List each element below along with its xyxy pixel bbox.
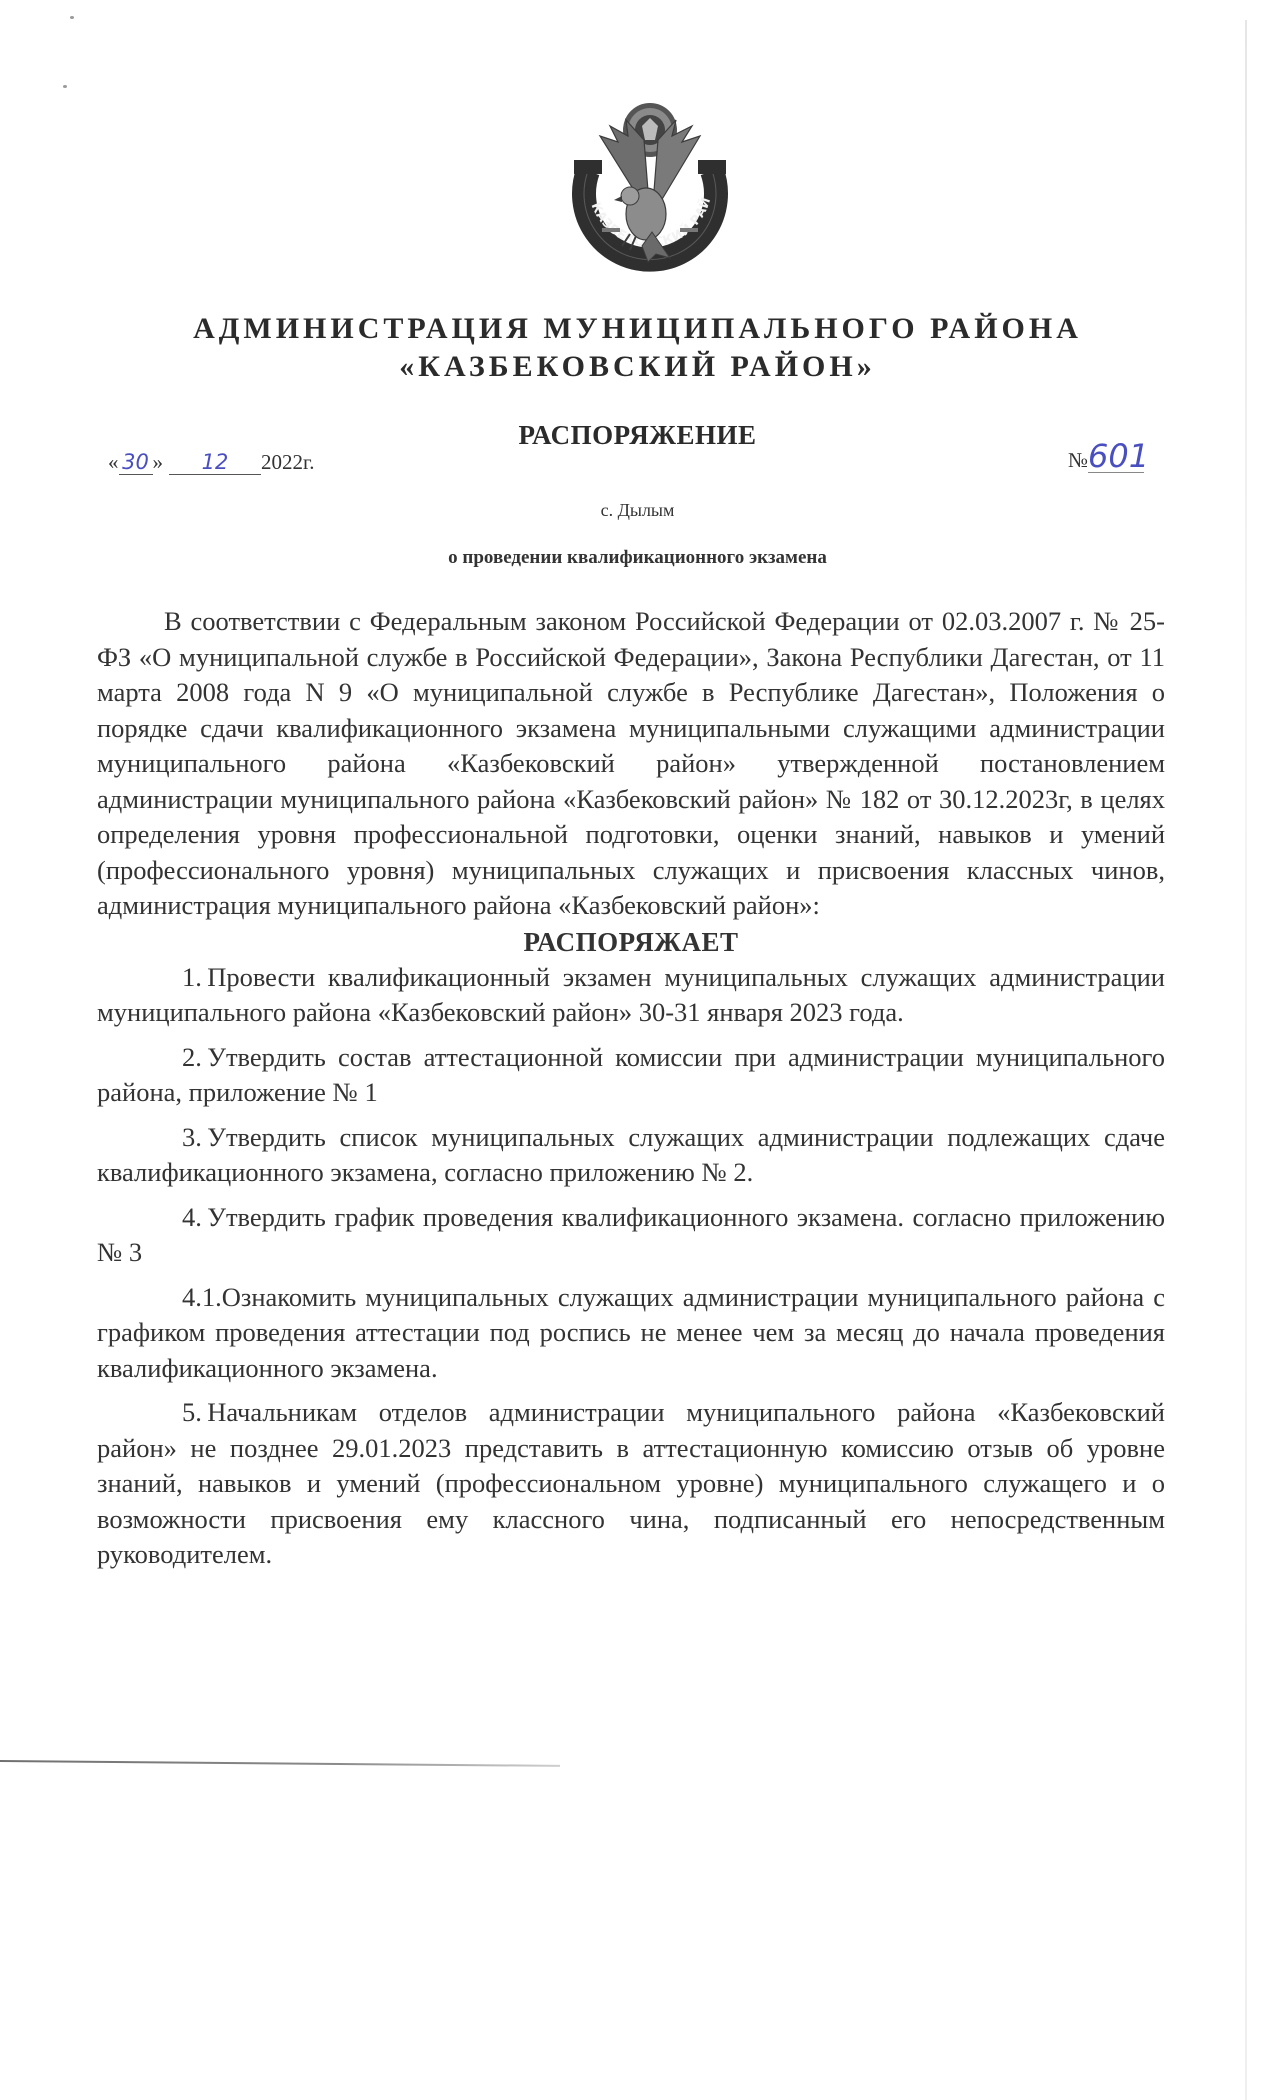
number-sign: № [1068, 448, 1088, 472]
date-open-quote: « [108, 450, 119, 474]
item-text: Утвердить состав аттестационной комиссии… [97, 1042, 1165, 1108]
item-number: 1. [182, 962, 202, 992]
document-subject: о проведении квалификационного экзамена [0, 547, 1275, 569]
scan-fold-line [0, 1760, 560, 1767]
document-number: №601 [1068, 440, 1144, 473]
preamble-paragraph: В соответствии с Федеральным законом Рос… [97, 604, 1165, 924]
district-coat-of-arms-icon: КАЗБЕКОВСКИЙ РАЙОН [560, 96, 740, 296]
document-date: «30»122022г. [108, 450, 315, 475]
date-month-handwritten: 12 [169, 450, 261, 475]
item-text: Начальникам отделов администрации муници… [97, 1397, 1165, 1569]
decree-heading: РАСПОРЯЖАЕТ [97, 924, 1165, 960]
item-number: 5. [182, 1397, 202, 1427]
scan-speck [63, 85, 67, 88]
date-day-handwritten: 30 [119, 450, 153, 475]
organization-title-line-2: «КАЗБЕКОВСКИЙ РАЙОН» [0, 350, 1275, 384]
order-item-5: 5. Начальникам отделов администрации мун… [97, 1395, 1165, 1573]
item-text: Утвердить список муниципальных служащих … [97, 1122, 1165, 1188]
date-close-quote: » [153, 450, 164, 474]
organization-title-line-1: АДМИНИСТРАЦИЯ МУНИЦИПАЛЬНОГО РАЙОНА [0, 312, 1275, 346]
order-item-3: 3. Утвердить список муниципальных служащ… [97, 1120, 1165, 1191]
place-of-issue: с. Дылым [0, 500, 1275, 521]
order-item-1: 1. Провести квалификационный экзамен мун… [97, 960, 1165, 1031]
item-text: Утвердить график проведения квалификацио… [97, 1202, 1165, 1268]
document-page: КАЗБЕКОВСКИЙ РАЙОН АДМИНИСТРАЦИЯ МУНИЦИП… [0, 0, 1275, 2100]
item-text: Ознакомить муниципальных служащих админи… [97, 1282, 1165, 1383]
order-item-2: 2. Утвердить состав аттестационной комис… [97, 1040, 1165, 1111]
document-number-handwritten: 601 [1088, 440, 1144, 473]
item-number: 3. [182, 1122, 202, 1152]
item-text: Провести квалификационный экзамен муници… [97, 962, 1165, 1028]
document-body: В соответствии с Федеральным законом Рос… [97, 604, 1165, 1573]
item-number: 4. [182, 1202, 202, 1232]
date-year: 2022г. [261, 450, 315, 474]
order-item-4: 4. Утвердить график проведения квалифика… [97, 1200, 1165, 1271]
item-number: 4.1. [182, 1282, 222, 1312]
item-number: 2. [182, 1042, 202, 1072]
scan-speck [70, 16, 74, 19]
order-item-4-1: 4.1.Ознакомить муниципальных служащих ад… [97, 1280, 1165, 1387]
